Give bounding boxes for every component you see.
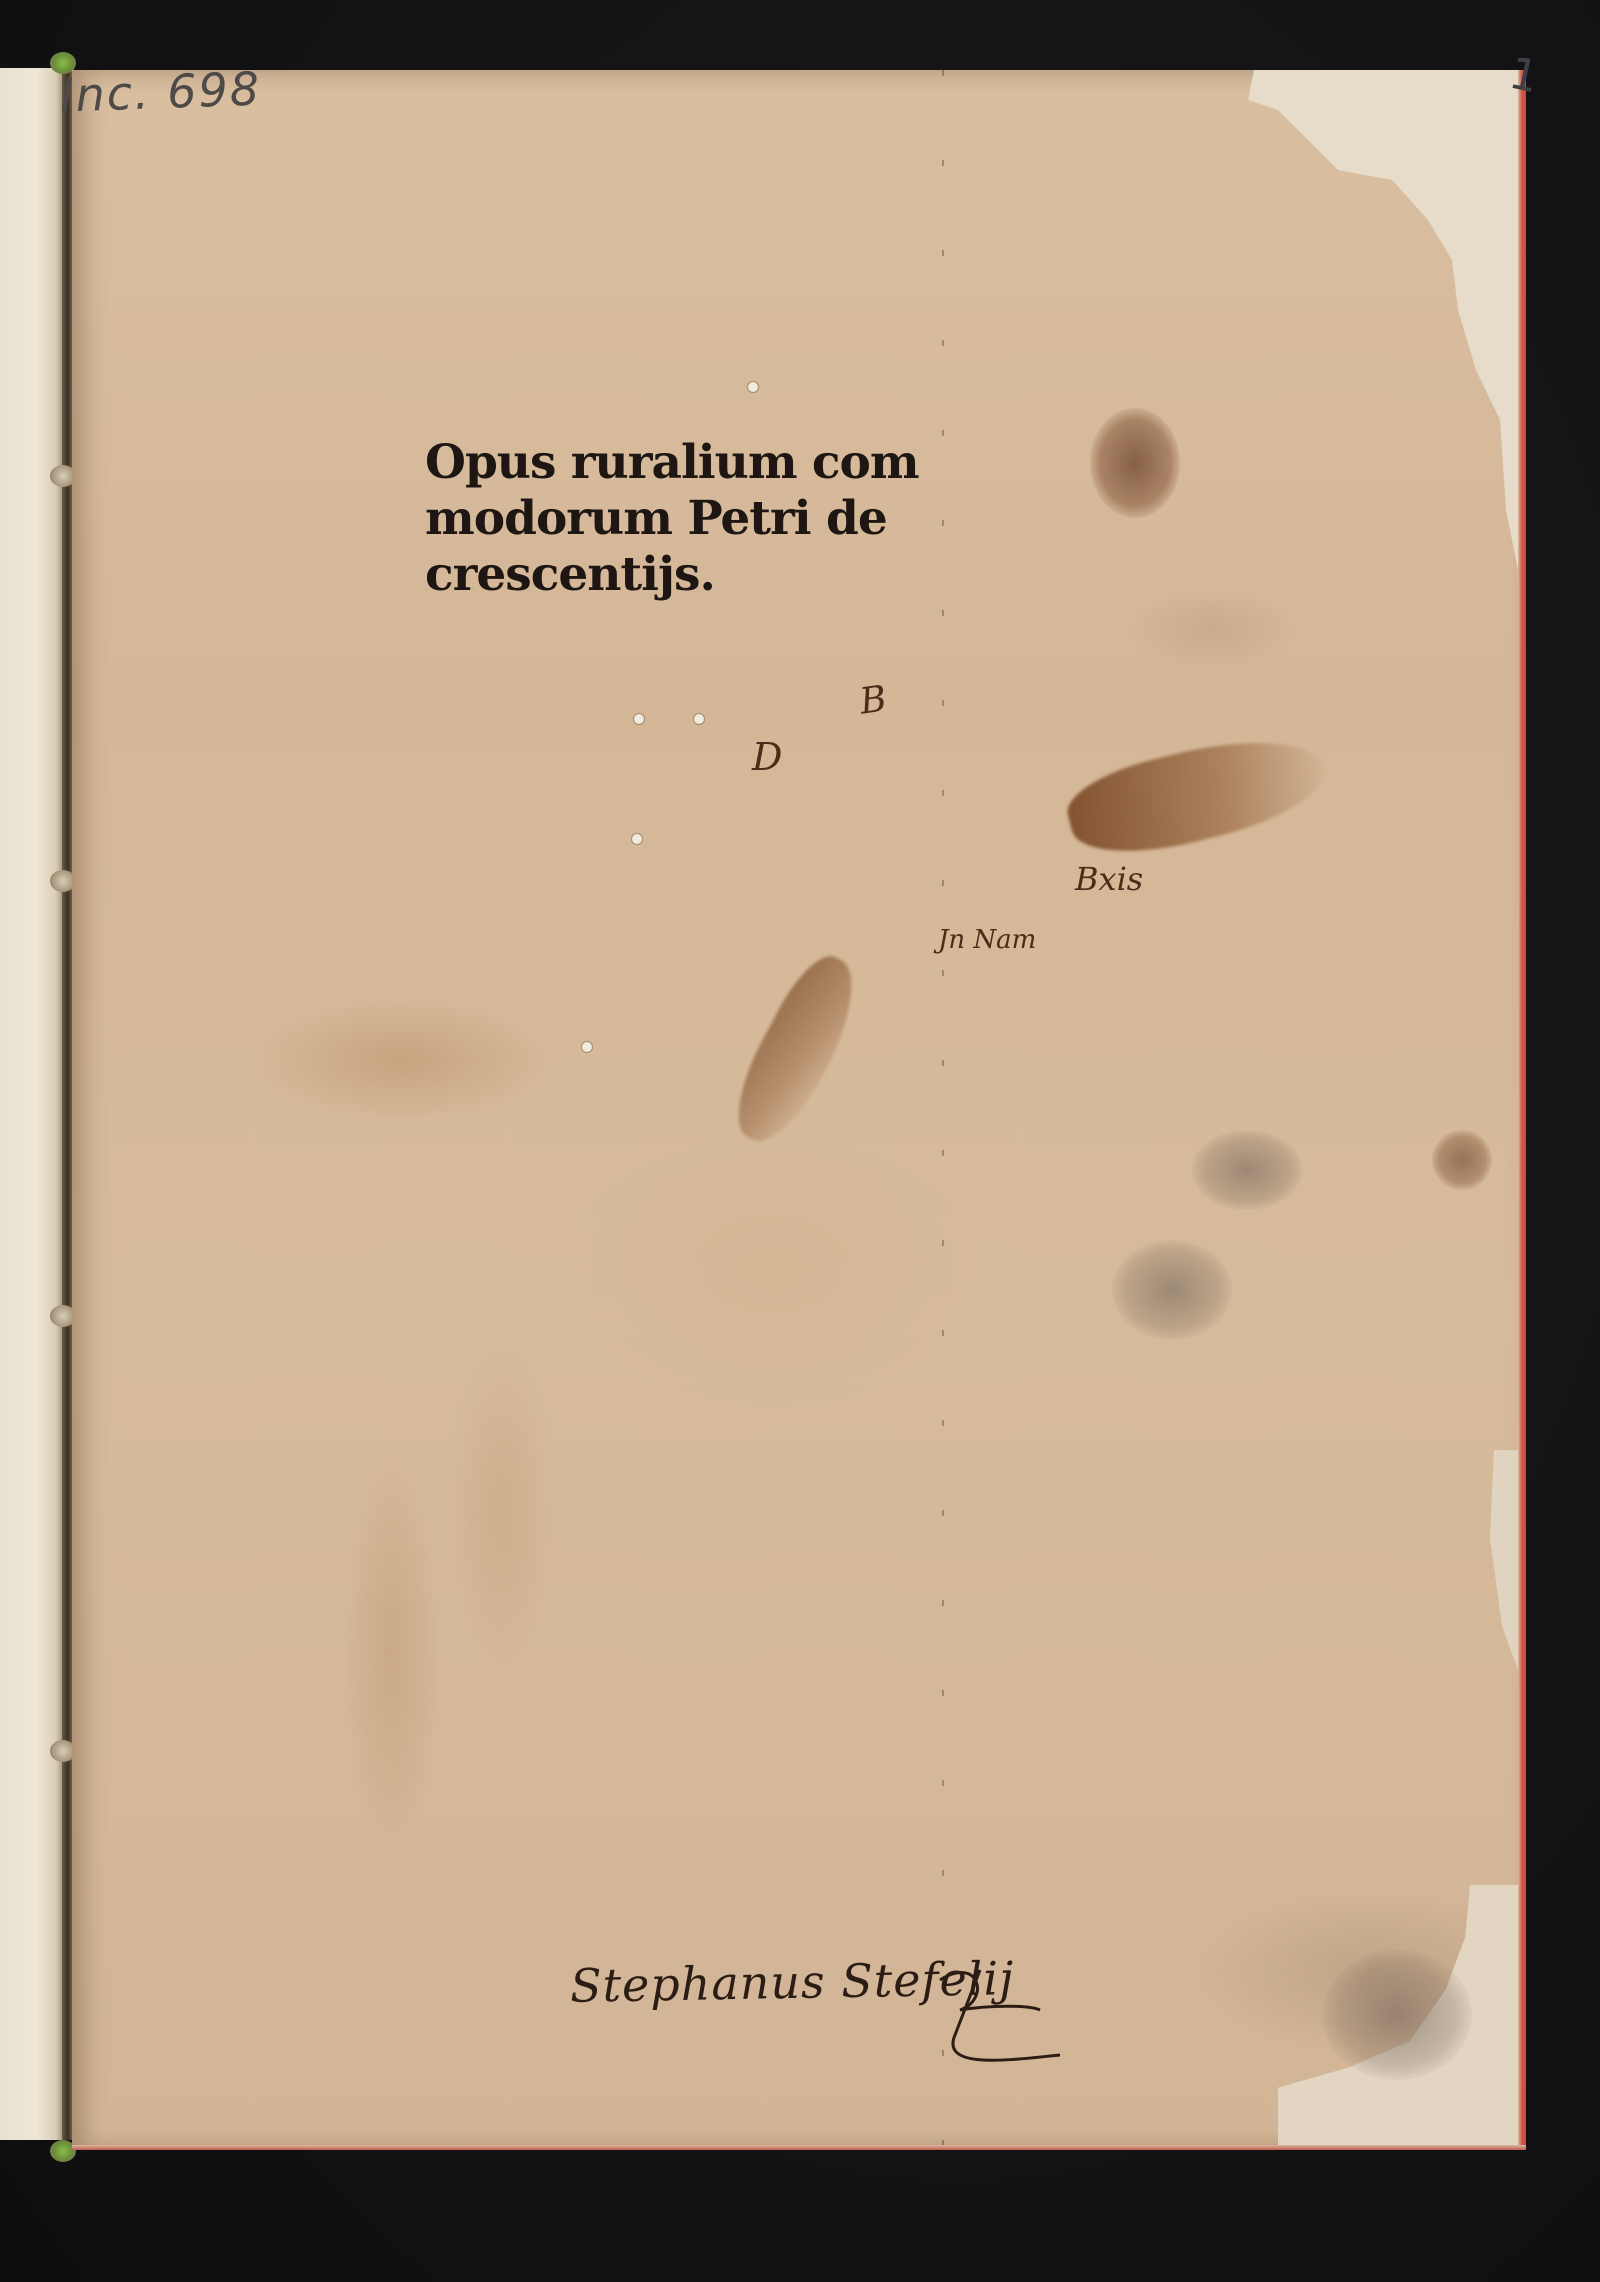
worm-hole [694, 714, 704, 724]
worm-hole [582, 1042, 592, 1052]
stain [1192, 1130, 1302, 1210]
red-edge-right [1518, 70, 1526, 2150]
signature-flourish-icon [920, 1960, 1060, 2070]
worm-hole [632, 834, 642, 844]
title-line-3: crescentijs. [425, 547, 985, 603]
annotation: D [752, 735, 782, 779]
stain [1090, 408, 1180, 518]
fold-line [942, 70, 944, 2150]
repaired-corner-top [1218, 70, 1518, 570]
worm-hole [634, 714, 644, 724]
printed-title: Opus ruralium com modorum Petri de cresc… [425, 435, 985, 603]
worm-hole [748, 382, 758, 392]
ink-smear [1060, 720, 1334, 870]
repaired-edge-right [1478, 1450, 1518, 1670]
red-edge-bottom [72, 2145, 1526, 2150]
shelfmark: Inc. 698 [59, 62, 262, 123]
annotation: Bxis [1075, 860, 1143, 898]
title-line-2: modorum Petri de [425, 491, 985, 547]
ink-smear [719, 945, 875, 1154]
stain [1112, 1240, 1232, 1340]
title-page [72, 70, 1526, 2150]
title-line-1: Opus ruralium com [425, 435, 985, 491]
annotation: Jn Nam [938, 925, 1036, 955]
flyleaf [0, 68, 66, 2140]
stain [1322, 1950, 1472, 2080]
stain [1432, 1130, 1492, 1190]
annotation: B [857, 678, 889, 722]
